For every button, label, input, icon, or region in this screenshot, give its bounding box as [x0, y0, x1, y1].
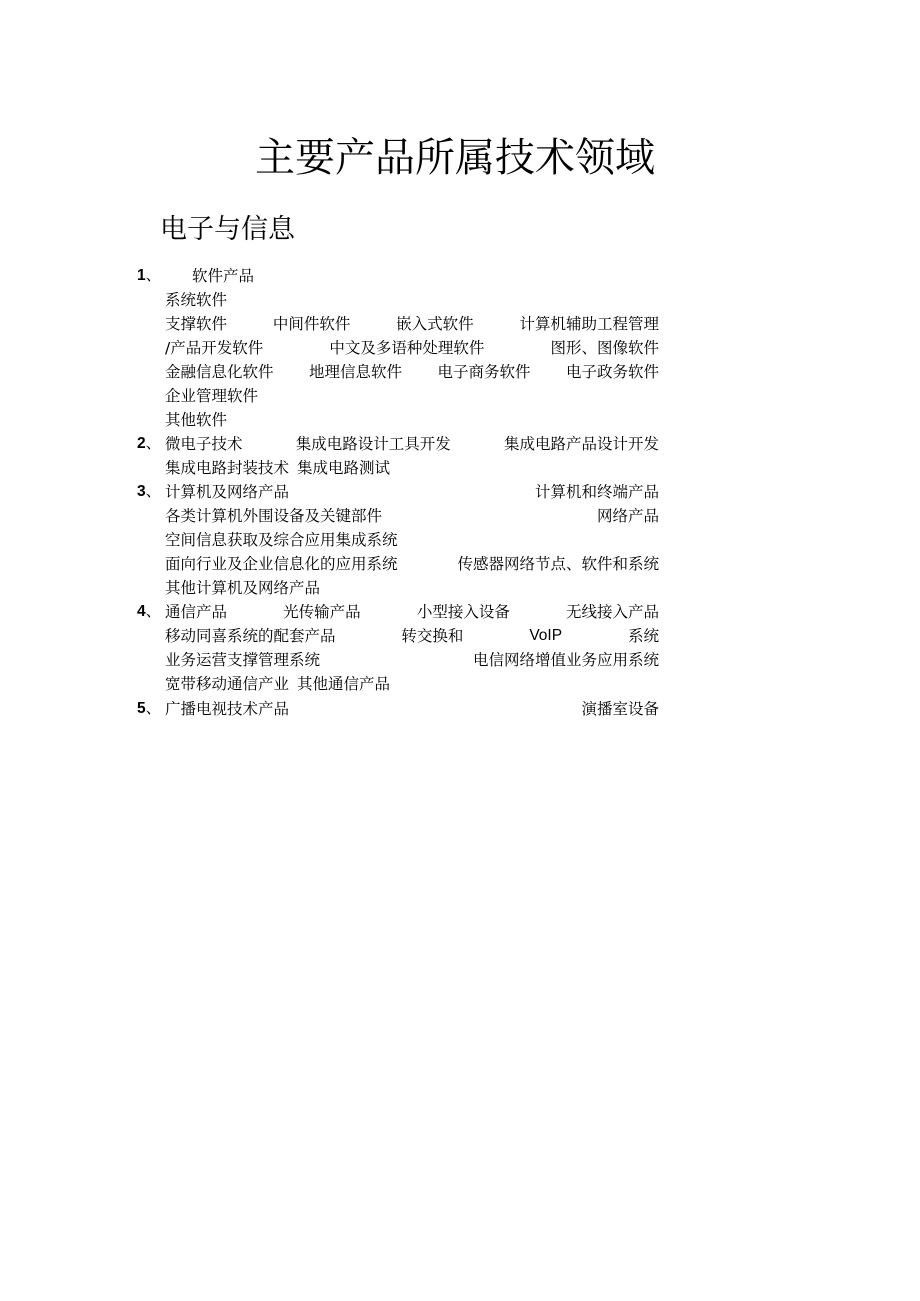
page-title: 主要产品所属技术领域: [255, 130, 660, 186]
list-item: 集成电路测试: [297, 456, 390, 480]
list-item: 通信产品: [165, 600, 227, 624]
list-line: 其他软件: [165, 408, 659, 432]
section-heading: 电子与信息: [160, 210, 295, 250]
list-item: 各类计算机外围设备及关键部件: [165, 504, 382, 528]
list-item: 系统软件: [165, 288, 227, 312]
item-number: 4、: [137, 600, 161, 624]
list-item: 图形、图像软件: [550, 336, 659, 360]
list-item: 转交换和: [401, 624, 463, 648]
list-item: 宽带移动通信产业: [165, 672, 289, 696]
list-item: VoIP: [529, 624, 562, 648]
list-item: 计算机及网络产品: [165, 480, 289, 504]
list-line: 各类计算机外围设备及关键部件 网络产品: [165, 504, 659, 528]
list-item: 系统: [628, 624, 659, 648]
list-item: 无线接入产品: [566, 600, 659, 624]
item-number: 3、: [137, 480, 161, 504]
list-item: 金融信息化软件: [165, 360, 274, 384]
list-item: 集成电路产品设计开发: [504, 432, 659, 456]
list-item: 其他软件: [165, 408, 227, 432]
list-item: 网络产品: [597, 504, 659, 528]
list-item: 业务运营支撑管理系统: [165, 648, 320, 672]
item-number: 5、: [137, 697, 161, 721]
list-item: 集成电路封装技术: [165, 456, 289, 480]
list-line: 计算机及网络产品 计算机和终端产品: [165, 480, 659, 504]
list-item: 企业管理软件: [165, 384, 258, 408]
list-item: 其他通信产品: [297, 672, 390, 696]
list-line: 企业管理软件: [165, 384, 659, 408]
list-line: 集成电路封装技术 集成电路测试: [165, 456, 659, 480]
list-item: 支撑软件: [165, 312, 227, 336]
list-line: 宽带移动通信产业 其他通信产品: [165, 672, 659, 696]
list-item: 微电子技术: [165, 432, 243, 456]
list-line: 面向行业及企业信息化的应用系统 传感器网络节点、软件和系统: [165, 552, 659, 576]
list-line: 移动同喜系统的配套产品 转交换和 VoIP 系统: [165, 624, 659, 648]
list-item: 嵌入式软件: [396, 312, 474, 336]
list-line: 支撑软件 中间件软件 嵌入式软件 计算机辅助工程管理: [165, 312, 659, 336]
list-line: 微电子技术 集成电路设计工具开发 集成电路产品设计开发: [165, 432, 659, 456]
list-item: 集成电路设计工具开发: [296, 432, 451, 456]
list-item: 光传输产品: [283, 600, 361, 624]
list-item: 传感器网络节点、软件和系统: [457, 552, 659, 576]
list-item: 中文及多语种处理软件: [329, 336, 484, 360]
list-item: 计算机和终端产品: [535, 480, 659, 504]
list-item: 面向行业及企业信息化的应用系统: [165, 552, 398, 576]
list-item: 小型接入设备: [417, 600, 510, 624]
list-line: 业务运营支撑管理系统 电信网络增值业务应用系统: [165, 648, 659, 672]
list-line: 空间信息获取及综合应用集成系统: [165, 528, 659, 552]
list-item: 地理信息软件: [309, 360, 402, 384]
list-item: 计算机辅助工程管理: [519, 312, 659, 336]
list-item: 其他计算机及网络产品: [165, 576, 320, 600]
item-number: 2、: [137, 432, 161, 456]
list-item: 软件产品: [192, 264, 254, 288]
list-item: 电子商务软件: [437, 360, 530, 384]
list-item: /产品开发软件: [165, 336, 263, 360]
list-line: 金融信息化软件 地理信息软件 电子商务软件 电子政务软件: [165, 360, 659, 384]
list-item: 空间信息获取及综合应用集成系统: [165, 528, 398, 552]
list-item: 中间件软件: [273, 312, 351, 336]
list-line: 广播电视技术产品 演播室设备: [165, 697, 659, 721]
item-heading: 软件产品: [192, 264, 686, 288]
list-line: 系统软件: [165, 288, 659, 312]
list-item: 电信网络增值业务应用系统: [473, 648, 659, 672]
list-line: 通信产品 光传输产品 小型接入设备 无线接入产品: [165, 600, 659, 624]
list-item: 广播电视技术产品: [165, 697, 289, 721]
list-item: 演播室设备: [581, 697, 659, 721]
list-item: 电子政务软件: [566, 360, 659, 384]
list-line: 其他计算机及网络产品: [165, 576, 659, 600]
list-item: 移动同喜系统的配套产品: [165, 624, 336, 648]
item-number: 1、: [137, 264, 161, 288]
list-line: /产品开发软件 中文及多语种处理软件 图形、图像软件: [165, 336, 659, 360]
